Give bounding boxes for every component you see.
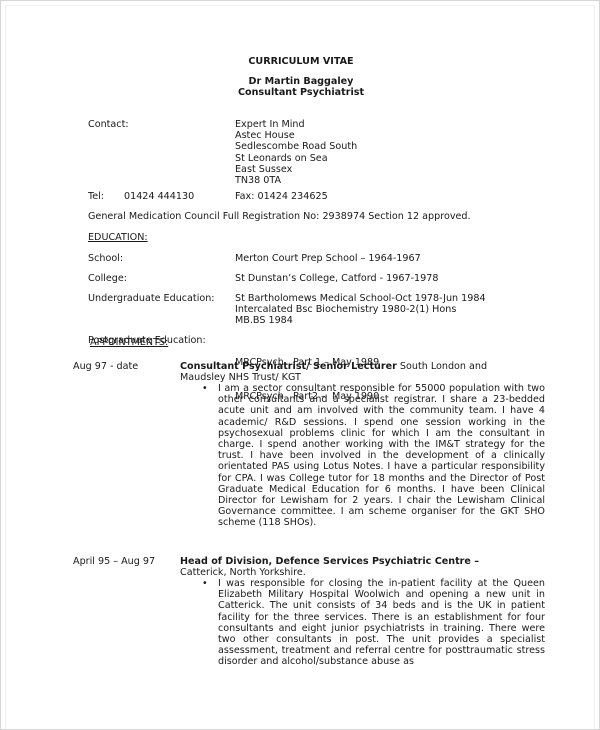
- tel-label: Tel:: [88, 191, 104, 202]
- cv-page: CURRICULUM VITAE Dr Martin Baggaley Cons…: [0, 0, 600, 730]
- registration-text: General Medication Council Full Registra…: [88, 211, 471, 222]
- education-heading: EDUCATION:: [88, 232, 148, 243]
- contact-address: Expert In Mind Astec House Sedlescombe R…: [235, 119, 357, 186]
- appointment-title: Head of Division, Defence Services Psych…: [180, 556, 479, 567]
- appointment-dates: April 95 – Aug 97: [73, 556, 155, 567]
- appointments-heading: APPOINTMENTS:: [90, 337, 168, 348]
- education-label-undergraduate: Undergraduate Education:: [88, 293, 215, 304]
- contact-label: Contact:: [88, 119, 129, 130]
- appointment-dates: Aug 97 - date: [73, 361, 138, 372]
- address-line: Sedlescombe Road South: [235, 141, 357, 152]
- education-value-school: Merton Court Prep School – 1964-1967: [235, 253, 421, 264]
- education-label-school: School:: [88, 253, 123, 264]
- document-title: CURRICULUM VITAE: [1, 56, 600, 67]
- education-line: St Bartholomews Medical School-Oct 1978-…: [235, 293, 486, 304]
- appointment-heading: Consultant Psychiatrist/ Senior Lecturer…: [180, 361, 487, 372]
- appointment-org: South London and: [397, 361, 487, 372]
- appointment-description: I am a sector consultant responsible for…: [218, 383, 545, 529]
- appointment-description: I was responsible for closing the in-pat…: [218, 578, 545, 668]
- address-line: Astec House: [235, 130, 357, 141]
- address-line: St Leonards on Sea: [235, 153, 357, 164]
- bullet-icon: •: [202, 578, 208, 589]
- address-line: Expert In Mind: [235, 119, 357, 130]
- bullet-icon: •: [202, 383, 208, 394]
- education-line: Intercalated Bsc Biochemistry 1980-2(1) …: [235, 304, 486, 315]
- address-line: East Sussex: [235, 164, 357, 175]
- appointment-org-line2: Maudsley NHS Trust/ KGT: [180, 372, 301, 383]
- person-name: Dr Martin Baggaley: [1, 76, 600, 87]
- education-label-college: College:: [88, 273, 127, 284]
- education-line: MB.BS 1984: [235, 315, 486, 326]
- appointment-org-line2: Catterick, North Yorkshire.: [180, 567, 306, 578]
- address-line: TN38 0TA: [235, 175, 357, 186]
- appointment-title: Consultant Psychiatrist/ Senior Lecturer: [180, 361, 397, 372]
- education-value-college: St Dunstan’s College, Catford - 1967-197…: [235, 273, 438, 284]
- person-role: Consultant Psychiatrist: [1, 87, 600, 98]
- fax-number: Fax: 01424 234625: [235, 191, 328, 202]
- education-value-undergraduate: St Bartholomews Medical School-Oct 1978-…: [235, 293, 486, 327]
- tel-number: 01424 444130: [124, 191, 194, 202]
